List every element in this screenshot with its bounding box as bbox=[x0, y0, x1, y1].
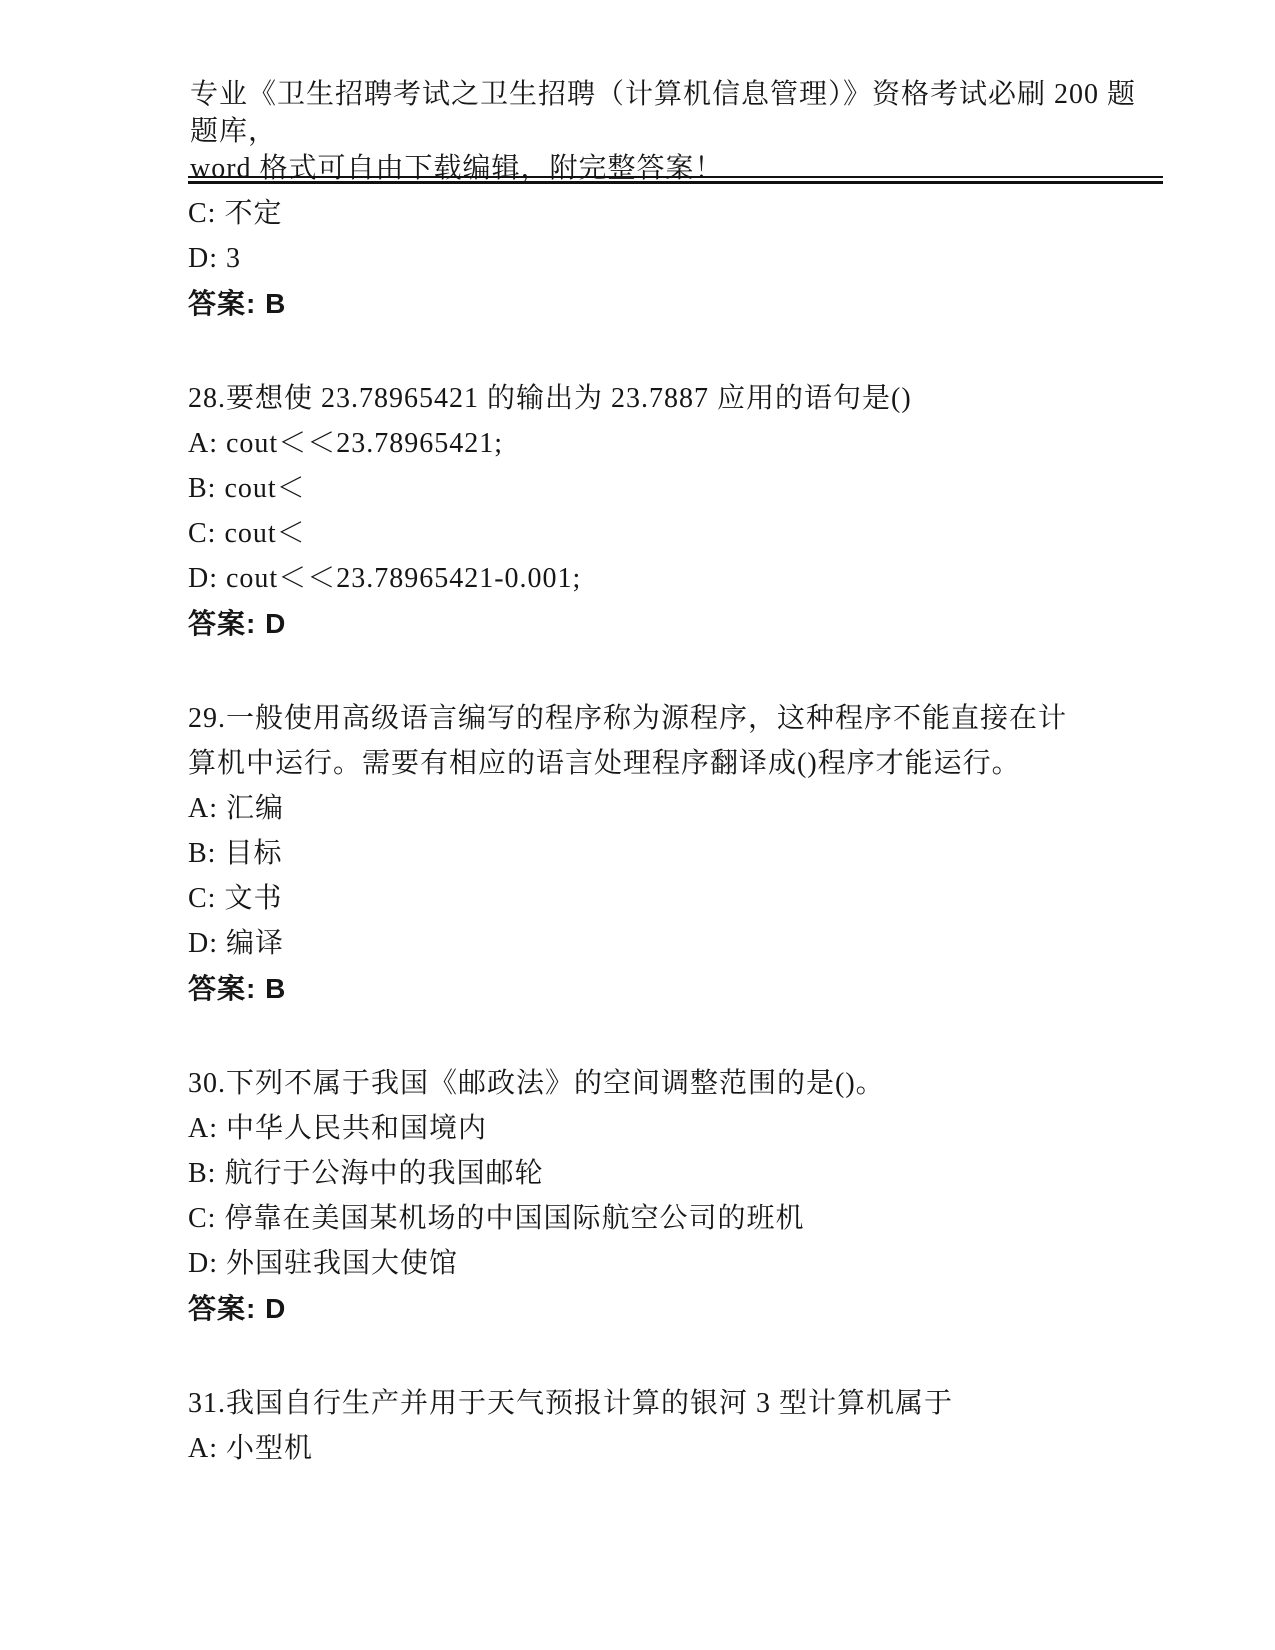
option-text: B: cout＜ bbox=[188, 466, 1093, 511]
option-text: A: 汇编 bbox=[188, 786, 1093, 831]
question-text: 29.一般使用高级语言编写的程序称为源程序，这种程序不能直接在计算机中运行。需要… bbox=[188, 696, 1093, 786]
document-page: 专业《卫生招聘考试之卫生招聘（计算机信息管理）》资格考试必刷 200 题题库， … bbox=[0, 0, 1275, 1650]
option-text: D: 3 bbox=[188, 236, 1093, 281]
question-text: 28.要想使 23.78965421 的输出为 23.7887 应用的语句是() bbox=[188, 376, 1093, 421]
answer-text: 答案: D bbox=[188, 601, 1093, 646]
option-text: D: 编译 bbox=[188, 921, 1093, 966]
header-divider bbox=[188, 176, 1163, 184]
option-text: A: cout＜＜23.78965421; bbox=[188, 421, 1093, 466]
option-text: C: cout＜ bbox=[188, 511, 1093, 556]
option-text: D: cout＜＜23.78965421-0.001; bbox=[188, 556, 1093, 601]
option-text: C: 停靠在美国某机场的中国国际航空公司的班机 bbox=[188, 1196, 1093, 1241]
question-text: 31.我国自行生产并用于天气预报计算的银河 3 型计算机属于 bbox=[188, 1381, 1093, 1426]
question-text: 30.下列不属于我国《邮政法》的空间调整范围的是()。 bbox=[188, 1061, 1093, 1106]
answer-text: 答案: B bbox=[188, 966, 1093, 1011]
answer-text: 答案: B bbox=[188, 281, 1093, 326]
option-text: C: 不定 bbox=[188, 191, 1093, 236]
option-text: C: 文书 bbox=[188, 876, 1093, 921]
option-text: D: 外国驻我国大使馆 bbox=[188, 1241, 1093, 1286]
header-line-1: 专业《卫生招聘考试之卫生招聘（计算机信息管理）》资格考试必刷 200 题题库， bbox=[190, 76, 1150, 150]
option-text: A: 小型机 bbox=[188, 1426, 1093, 1471]
option-text: B: 目标 bbox=[188, 831, 1093, 876]
option-text: B: 航行于公海中的我国邮轮 bbox=[188, 1151, 1093, 1196]
option-text: A: 中华人民共和国境内 bbox=[188, 1106, 1093, 1151]
question-list: C: 不定D: 3答案: B28.要想使 23.78965421 的输出为 23… bbox=[188, 191, 1093, 1471]
answer-text: 答案: D bbox=[188, 1286, 1093, 1331]
document-header: 专业《卫生招聘考试之卫生招聘（计算机信息管理）》资格考试必刷 200 题题库， … bbox=[190, 76, 1150, 187]
divider-thick-line bbox=[188, 181, 1163, 184]
